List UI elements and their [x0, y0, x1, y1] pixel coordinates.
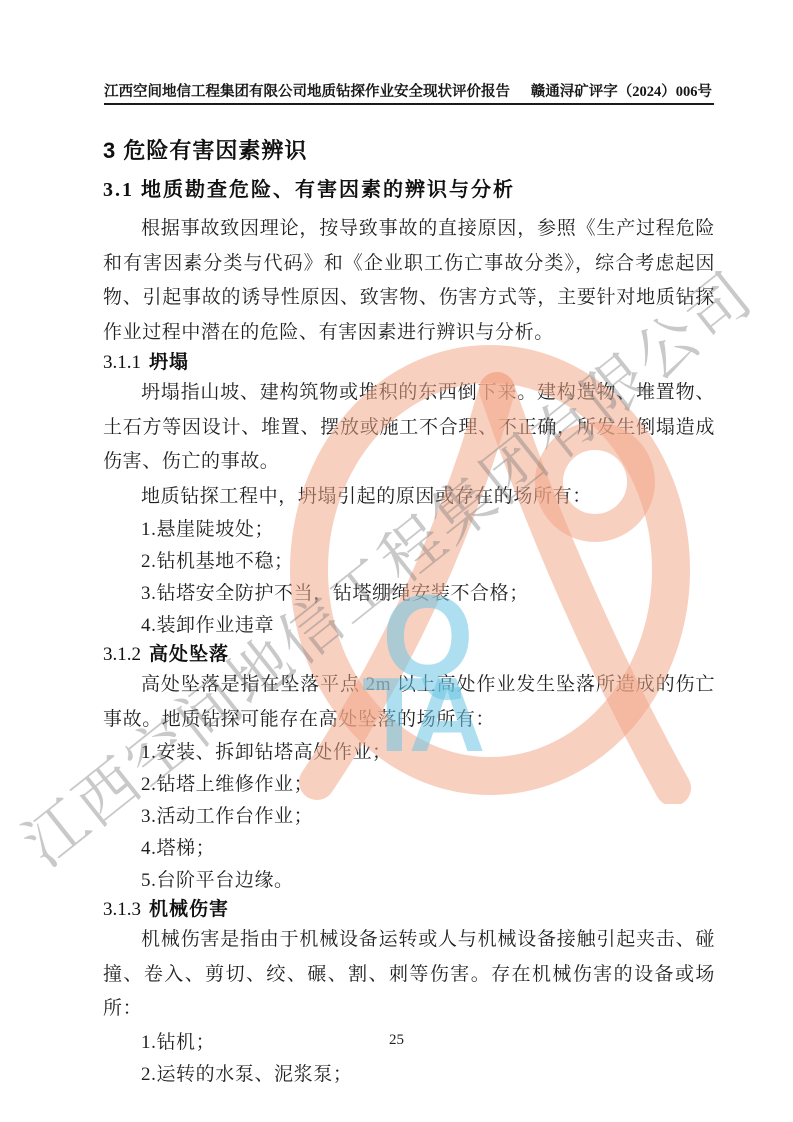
- subsection-heading-falling: 3.1.2 高处坠落: [103, 642, 715, 668]
- list-item: 3.钻塔安全防护不当，钻塔绷绳安装不合格；: [103, 578, 715, 610]
- header-document-number: 赣通浔矿评字（2024）006号: [531, 80, 712, 101]
- page-number: 25: [0, 1032, 793, 1049]
- header-rule: [104, 103, 714, 105]
- section-title: 3.1 地质勘查危险、有害因素的辨识与分析: [103, 176, 715, 204]
- list-item: 2.运转的水泵、泥浆泵；: [103, 1059, 715, 1091]
- paragraph: 机械伤害是指由于机械设备运转或人与机械设备接触引起夹击、碰撞、卷入、剪切、绞、碾…: [103, 923, 715, 1027]
- subsection-number: 3.1.3: [103, 897, 141, 923]
- list-item: 5.台阶平台边缘。: [103, 865, 715, 897]
- document-body: 3 危险有害因素辨识 3.1 地质勘查危险、有害因素的辨识与分析 根据事故致因理…: [103, 136, 715, 1091]
- list-item: 3.活动工作台作业；: [103, 801, 715, 833]
- header-report-title: 江西空间地信工程集团有限公司地质钻探作业安全现状评价报告: [104, 80, 510, 101]
- subsection-heading-collapse: 3.1.1 坍塌: [103, 350, 715, 376]
- paragraph: 高处坠落是指在坠落平点 2m 以上高处作业发生坠落所造成的伤亡事故。地质钻探可能…: [103, 668, 715, 737]
- list-item: 4.装卸作业违章: [103, 610, 715, 642]
- list-item: 1.安装、拆卸钻塔高处作业；: [103, 737, 715, 769]
- subsection-number: 3.1.1: [103, 350, 141, 376]
- list-item: 2.钻机基地不稳；: [103, 546, 715, 578]
- subsection-label: 坍塌: [149, 350, 189, 376]
- subsection-label: 机械伤害: [149, 897, 229, 923]
- list-item: 4.塔梯；: [103, 833, 715, 865]
- intro-paragraph: 根据事故致因理论，按导致事故的直接原因，参照《生产过程危险和有害因素分类与代码》…: [103, 212, 715, 350]
- document-page: 江西空间地信工程集团有限公司地质钻探作业安全现状评价报告 赣通浔矿评字（2024…: [0, 0, 793, 1122]
- list-item: 1.悬崖陡坡处；: [103, 514, 715, 546]
- page-header: 江西空间地信工程集团有限公司地质钻探作业安全现状评价报告 赣通浔矿评字（2024…: [104, 80, 712, 101]
- list-item: 2.钻塔上维修作业；: [103, 769, 715, 801]
- paragraph: 地质钻探工程中，坍塌引起的原因或存在的场所有：: [103, 480, 715, 515]
- subsection-label: 高处坠落: [149, 642, 229, 668]
- subsection-number: 3.1.2: [103, 642, 141, 668]
- chapter-title: 3 危险有害因素辨识: [103, 136, 715, 166]
- subsection-heading-mechanical: 3.1.3 机械伤害: [103, 897, 715, 923]
- paragraph: 坍塌指山坡、建构筑物或堆积的东西倒下来。建构造物、堆置物、土石方等因设计、堆置、…: [103, 376, 715, 480]
